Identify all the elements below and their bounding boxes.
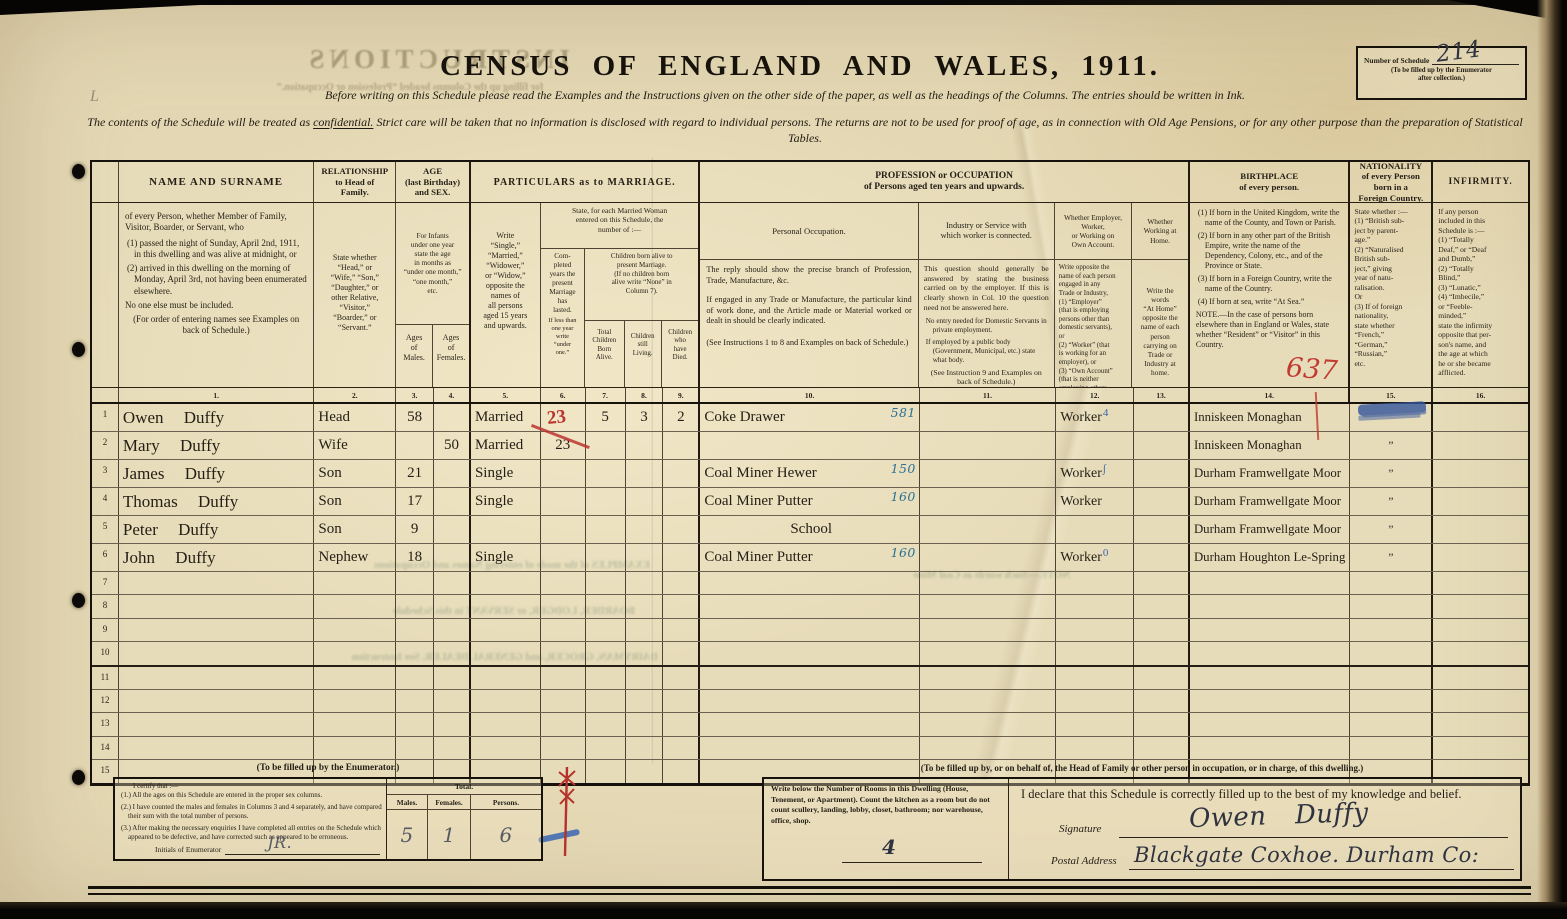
cell-marital-row12 [471, 690, 541, 712]
worker-text: Worker [1060, 466, 1102, 482]
instr-relationship: State whether “Head,” or “Wife,” “Son,” … [314, 203, 396, 387]
cell-rel-row3: Son [314, 460, 396, 487]
instr-ages-females: Ages of Females. [433, 325, 469, 387]
cell-worker-row10 [1056, 642, 1134, 664]
cell-born-row3 [586, 460, 626, 487]
initials-value: JR. [267, 833, 292, 854]
cell-birth-row2: Inniskeen Monaghan [1190, 432, 1351, 459]
instr-birth-i1: (1) If born in the United Kingdom, write… [1196, 208, 1343, 228]
cell-born-row13 [586, 713, 626, 735]
colnum-8: 8. [626, 388, 664, 402]
cell-inf-row14 [1433, 737, 1528, 759]
instr-employer-worker: Write opposite the name of each person e… [1055, 260, 1132, 387]
cell-occ-row8 [700, 595, 919, 617]
table-row-5: 5Peter DuffySon9SchoolDurham Framwellgat… [92, 516, 1528, 544]
cell-home-row8 [1134, 595, 1190, 617]
occupation-code: 581 [891, 405, 916, 420]
cell-marital-row5 [471, 516, 541, 543]
cell-birth-row5: Durham Framwellgate Moor [1190, 516, 1351, 543]
cell-name-row8 [119, 595, 314, 617]
occupation-code: 160 [891, 489, 916, 504]
red-tally-mark [552, 764, 582, 859]
totals-columns: Males. 5 Females. 1 Persons. 6 [387, 795, 541, 859]
colnum-5: 5. [471, 388, 541, 402]
postal-address-label: Postal Address [1051, 855, 1117, 867]
cell-worker-row6: Worker0 [1056, 544, 1134, 571]
table-row-13: 13 [92, 713, 1528, 736]
cell-occ-row11 [700, 667, 919, 689]
instr-occ-p1: The reply should show the precise branch… [706, 265, 911, 286]
schedule-number-note: (To be filled up by the Enumerator after… [1358, 67, 1525, 84]
cell-ageF-row3 [434, 460, 471, 487]
males-label: Males. [387, 795, 427, 810]
page-subtitle: Before writing on this Schedule please r… [130, 88, 1440, 103]
cell-industry-row14 [920, 737, 1057, 759]
cell-died-row13 [663, 713, 700, 735]
persons-value: 6 [471, 810, 541, 859]
cell-inf-row10 [1433, 642, 1528, 664]
cell-home-row10 [1134, 642, 1190, 664]
cell-name-row1: Owen Duffy [119, 404, 314, 431]
cell-years-row5 [541, 516, 586, 543]
cell-rel-row1: Head [314, 404, 396, 431]
cell-rel-row9 [314, 619, 396, 641]
instr-name: of every Person, whether Member of Famil… [119, 203, 314, 387]
cell-living-row14 [626, 737, 664, 759]
cell-name-row4: Thomas Duffy [119, 488, 314, 515]
hole-punch [72, 770, 85, 785]
instr-birth-i3: (3) If born in a Foreign Country, write … [1196, 274, 1343, 294]
head-personal-occupation: Personal Occupation. [700, 203, 918, 259]
header-profession: PROFESSION or OCCUPATION of Persons aged… [700, 162, 1190, 202]
cell-birth-row4: Durham Framwellgate Moor [1190, 488, 1351, 515]
paper-edge [0, 902, 1567, 919]
cell-n-row3: 3 [92, 460, 119, 487]
cell-ageM-row4: 17 [396, 488, 434, 515]
cell-ageM-row7 [396, 572, 434, 594]
cell-ageM-row5: 9 [396, 516, 434, 543]
instr-children-sub: Total Children Born Alive. Children stil… [585, 321, 698, 387]
cell-occ-row9 [700, 619, 919, 641]
cell-years-row8 [541, 595, 586, 617]
cell-nat-row11 [1350, 667, 1433, 689]
cell-nat-row2: ” [1350, 432, 1433, 459]
initials-line: JR. [225, 840, 380, 855]
colnum-10: 10. [700, 388, 919, 402]
colnum-3: 3. [396, 388, 434, 402]
cell-worker-row13 [1056, 713, 1134, 735]
table-row-10: 10 [92, 642, 1528, 666]
cell-nat-row3: ” [1350, 460, 1433, 487]
colnum-11: 11. [920, 388, 1057, 402]
cell-born-row4 [586, 488, 626, 515]
cell-industry-row3 [920, 460, 1057, 487]
persons-label: Persons. [471, 795, 541, 810]
instr-name-p5: (For order of entering names see Example… [125, 314, 307, 337]
totals-males: Males. 5 [387, 795, 428, 859]
cell-home-row1 [1134, 404, 1190, 431]
cell-worker-row1: Worker4 [1056, 404, 1134, 431]
cell-ageM-row2 [396, 432, 434, 459]
cell-occ-row6: Coal Miner Putter160 [700, 544, 919, 571]
instr-completed-years: Com- pleted years the present Marriage h… [541, 249, 585, 387]
cell-living-row7 [626, 572, 664, 594]
worker-superscript: ∫ [1103, 463, 1106, 475]
cell-living-row6 [626, 544, 664, 571]
cell-years-row6 [541, 544, 586, 571]
cell-rel-row8 [314, 595, 396, 617]
instr-marital: Write “Single,” “Married,” “Widower,” or… [471, 203, 541, 387]
instr-children-top: Children born alive to present Marriage.… [585, 249, 698, 321]
signature-value: Owen Duffy [1189, 798, 1369, 834]
cell-years-row14 [541, 737, 586, 759]
totals-females: Females. 1 [428, 795, 471, 859]
cell-ageM-row1: 58 [396, 404, 434, 431]
cell-home-row4 [1134, 488, 1190, 515]
cell-died-row5 [663, 516, 700, 543]
cell-ageF-row1 [434, 404, 471, 431]
cell-occ-row7 [700, 572, 919, 594]
cell-living-row3 [626, 460, 664, 487]
cell-name-row12 [119, 690, 314, 712]
cell-home-row14 [1134, 737, 1190, 759]
cell-died-row10 [663, 642, 700, 664]
cell-home-row12 [1134, 690, 1190, 712]
instr-nationality: State whether :— (1) “British sub- ject … [1350, 203, 1433, 387]
cell-industry-row8 [920, 595, 1057, 617]
cell-n-row13: 13 [92, 713, 119, 735]
cell-nat-row12 [1350, 690, 1433, 712]
cell-worker-row4: Worker [1056, 488, 1134, 515]
cell-died-row11 [663, 667, 700, 689]
cell-rel-row11 [314, 667, 396, 689]
cell-birth-row13 [1190, 713, 1351, 735]
instr-children-living: Children still Living. [625, 321, 662, 387]
cell-inf-row1 [1433, 404, 1528, 431]
cell-occ-row14 [700, 737, 919, 759]
census-table: NAME AND SURNAME RELATIONSHIP to Head of… [90, 160, 1530, 786]
colnum-16: 16. [1433, 388, 1528, 402]
instr-infirmity: If any person included in this Schedule … [1433, 203, 1528, 387]
cell-living-row15 [626, 760, 664, 782]
instr-name-p2: (1) passed the night of Sunday, April 2n… [125, 238, 307, 261]
cell-inf-row5 [1433, 516, 1528, 543]
cell-died-row2 [663, 432, 700, 459]
table-row-14: 14 [92, 737, 1528, 760]
worker-text: Worker [1060, 550, 1102, 566]
cell-occ-row4: Coal Miner Putter160 [700, 488, 919, 515]
table-row-3: 3James DuffySon21SingleCoal Miner Hewer1… [92, 460, 1528, 488]
postal-address-line [1129, 869, 1514, 870]
cell-ageM-row9 [396, 619, 434, 641]
cell-home-row3 [1134, 460, 1190, 487]
cell-marital-row7 [471, 572, 541, 594]
cell-inf-row7 [1433, 572, 1528, 594]
cell-inf-row11 [1433, 667, 1528, 689]
cell-living-row9 [626, 619, 664, 641]
colnum-7: 7. [586, 388, 626, 402]
cell-home-row2 [1134, 432, 1190, 459]
cell-ageM-row3: 21 [396, 460, 434, 487]
instr-profession: Personal Occupation. Industry or Service… [700, 203, 1190, 387]
years-married-red: 23 [546, 406, 567, 430]
instr-ind-p1: This question should generally be answer… [924, 264, 1049, 313]
certify-item-2: (2.) I have counted the males and female… [119, 803, 382, 821]
cell-nat-row4: ” [1350, 488, 1433, 515]
signature-line [1119, 837, 1508, 838]
cell-rel-row2: Wife [314, 432, 396, 459]
occupation-text: Coal Miner Hewer [704, 465, 816, 482]
cell-born-row9 [586, 619, 626, 641]
cell-years-row7 [541, 572, 586, 594]
cell-industry-row6 [920, 544, 1057, 571]
header-relationship: RELATIONSHIP to Head of Family. [314, 162, 396, 202]
cell-rel-row7 [314, 572, 396, 594]
table-row-11: 11 [92, 667, 1528, 690]
cell-born-row2 [586, 432, 626, 459]
instr-birth-i2: (2) If born in any other part of the Bri… [1196, 231, 1343, 271]
cell-ageF-row8 [434, 595, 471, 617]
worker-text: Worker [1060, 494, 1102, 510]
header-infirmity: INFIRMITY. [1433, 162, 1528, 202]
cell-ageF-row12 [434, 690, 471, 712]
cell-died-row7 [663, 572, 700, 594]
instr-age-infants: For Infants under one year state the age… [396, 203, 469, 325]
cell-marital-row10 [471, 642, 541, 664]
cell-worker-row11 [1056, 667, 1134, 689]
cell-marital-row8 [471, 595, 541, 617]
worker-superscript: 4 [1103, 407, 1109, 419]
cell-birth-row1: Inniskeen Monaghan [1190, 404, 1351, 431]
occupation-text: Coke Drawer [704, 409, 784, 426]
confidential-word: confidential. [313, 115, 373, 129]
occupation-text: Coal Miner Putter [704, 549, 812, 566]
schedule-number-label: Number of Schedule [1364, 56, 1429, 65]
cell-died-row15 [663, 760, 700, 782]
cell-inf-row12 [1433, 690, 1528, 712]
cell-inf-row2 [1433, 432, 1528, 459]
header-name: NAME AND SURNAME [119, 162, 314, 202]
cell-inf-row4 [1433, 488, 1528, 515]
cell-died-row9 [663, 619, 700, 641]
instr-name-p1: of every Person, whether Member of Famil… [125, 211, 307, 234]
table-row-12: 12 [92, 690, 1528, 713]
instr-occ-p3: (See Instructions 1 to 8 and Examples on… [706, 338, 911, 349]
paper-edge [1537, 0, 1567, 919]
cell-marital-row11 [471, 667, 541, 689]
instr-birth-note: NOTE.—In the case of persons born elsewh… [1196, 310, 1343, 350]
cell-nat-row7 [1350, 572, 1433, 594]
pencil-mark: L [90, 88, 99, 106]
header-age: AGE (last Birthday) and SEX. [396, 162, 471, 202]
cell-living-row10 [626, 642, 664, 664]
cell-born-row6 [586, 544, 626, 571]
cell-inf-row3 [1433, 460, 1528, 487]
cell-industry-row4 [920, 488, 1057, 515]
cell-born-row14 [586, 737, 626, 759]
colnum-spacer [92, 388, 119, 402]
cell-occ-row3: Coal Miner Hewer150 [700, 460, 919, 487]
cell-ageM-row6: 18 [396, 544, 434, 571]
census-schedule-page: INSTRUCTIONS for filling up the Columns … [0, 0, 1567, 919]
cell-born-row10 [586, 642, 626, 664]
cell-years-row3 [541, 460, 586, 487]
cell-worker-row14 [1056, 737, 1134, 759]
schedule-number-box: Number of Schedule 214 (To be filled up … [1356, 46, 1527, 100]
instr-ind-p3: If employed by a public body (Government… [924, 338, 1049, 365]
cell-living-row12 [626, 690, 664, 712]
schedule-number-value: 214 [1435, 36, 1483, 67]
cell-rel-row14 [314, 737, 396, 759]
instr-personal-occupation: The reply should show the precise branch… [700, 260, 918, 387]
cell-n-row8: 8 [92, 595, 119, 617]
table-row-9: 9 [92, 619, 1528, 642]
cell-years-row13 [541, 713, 586, 735]
colnum-13: 13. [1134, 388, 1190, 402]
cell-worker-row5 [1056, 516, 1134, 543]
occupation-code: 160 [891, 545, 916, 560]
colnum-6: 6. [541, 388, 586, 402]
page-title: CENSUS OF ENGLAND AND WALES, 1911. [30, 50, 1567, 83]
cell-home-row13 [1134, 713, 1190, 735]
instr-birth-i4: (4) If born at sea, write “At Sea.” [1196, 297, 1343, 307]
certify-item-1: (1.) All the ages on this Schedule are e… [119, 791, 382, 800]
cell-rel-row12 [314, 690, 396, 712]
instr-age: For Infants under one year state the age… [396, 203, 471, 387]
cell-ageF-row5 [434, 516, 471, 543]
cell-worker-row8 [1056, 595, 1134, 617]
cell-nat-row14 [1350, 737, 1433, 759]
cell-industry-row12 [920, 690, 1057, 712]
worker-superscript: 0 [1103, 547, 1109, 559]
head-working-at-home: Whether Working at Home. [1132, 203, 1188, 259]
cell-died-row14 [663, 737, 700, 759]
occupation-text: Coal Miner Putter [704, 493, 812, 510]
instr-completed-years-small: If less than one year write “under one.” [543, 317, 582, 357]
table-header-titles: NAME AND SURNAME RELATIONSHIP to Head of… [92, 162, 1528, 203]
cell-n-row14: 14 [92, 737, 119, 759]
rooms-note: Write below the Number of Rooms in this … [771, 784, 1001, 826]
cell-name-row5: Peter Duffy [119, 516, 314, 543]
cell-name-row2: Mary Duffy [119, 432, 314, 459]
header-birthplace: BIRTHPLACE of every person. [1190, 162, 1351, 202]
colnum-14: 14. [1190, 388, 1351, 402]
instr-industry: This question should generally be answer… [919, 260, 1055, 387]
instr-name-p4: No one else must be included. [125, 300, 307, 311]
confidential-note-post: Strict care will be taken that no inform… [373, 115, 1522, 145]
cell-living-row11 [626, 667, 664, 689]
cell-living-row4 [626, 488, 664, 515]
cell-occ-row12 [700, 690, 919, 712]
colnum-4: 4. [434, 388, 471, 402]
cell-ageM-row14 [396, 737, 434, 759]
rooms-value: 4 [882, 834, 896, 861]
header-rownum-spacer [92, 162, 119, 202]
instr-name-p3: (2) arrived in this dwelling on the morn… [125, 263, 307, 297]
cell-home-row5 [1134, 516, 1190, 543]
cell-ageF-row14 [434, 737, 471, 759]
instr-children: Children born alive to present Marriage.… [585, 249, 698, 387]
cell-rel-row5: Son [314, 516, 396, 543]
declaration-body: I declare that this Schedule is correctl… [1009, 779, 1520, 879]
cell-born-row12 [586, 690, 626, 712]
cell-industry-row10 [920, 642, 1057, 664]
totals-table: Total. Males. 5 Females. 1 Persons. 6 [387, 779, 541, 859]
cell-worker-row9 [1056, 619, 1134, 641]
worker-text: Worker [1060, 410, 1102, 426]
instr-married-woman: State, for each Married Woman entered on… [541, 203, 699, 249]
cell-n-row4: 4 [92, 488, 119, 515]
cell-rel-row10 [314, 642, 396, 664]
cell-nat-row6: ” [1350, 544, 1433, 571]
cell-marital-row13 [471, 713, 541, 735]
cell-birth-row11 [1190, 667, 1351, 689]
cell-ageF-row2: 50 [434, 432, 471, 459]
cell-ageM-row13 [396, 713, 434, 735]
declaration-box: Write below the Number of Rooms in this … [762, 777, 1522, 881]
cell-nat-row8 [1350, 595, 1433, 617]
females-value: 1 [428, 810, 470, 859]
cell-died-row6 [663, 544, 700, 571]
cell-name-row6: John Duffy [119, 544, 314, 571]
instr-profession-heads: Personal Occupation. Industry or Service… [700, 203, 1188, 260]
header-marriage: PARTICULARS as to MARRIAGE. [471, 162, 700, 202]
table-row-7: 7 [92, 572, 1528, 595]
head-employer-worker: Whether Employer, Worker, or Working on … [1055, 203, 1132, 259]
cell-marital-row6: Single [471, 544, 541, 571]
instr-profession-bodies: The reply should show the precise branch… [700, 260, 1188, 387]
cell-industry-row7 [920, 572, 1057, 594]
cell-nat-row9 [1350, 619, 1433, 641]
cell-n-row10: 10 [92, 642, 119, 664]
cell-birth-row12 [1190, 690, 1351, 712]
instr-marriage-детail: State, for each Married Woman entered on… [541, 203, 701, 387]
certify-lead: I certify that :— [119, 782, 382, 791]
cell-occ-row5: School [700, 516, 919, 543]
cell-industry-row5 [920, 516, 1057, 543]
initials-row: Initials of Enumerator JR. [155, 840, 380, 855]
cell-name-row13 [119, 713, 314, 735]
cell-years-row10 [541, 642, 586, 664]
totals-header: Total. [387, 779, 541, 795]
cell-birth-row14 [1190, 737, 1351, 759]
cell-years-row12 [541, 690, 586, 712]
cell-living-row13 [626, 713, 664, 735]
cell-home-row11 [1134, 667, 1190, 689]
table-row-6: 6John DuffyNephew18SingleCoal Miner Putt… [92, 544, 1528, 572]
cell-home-row9 [1134, 619, 1190, 641]
cell-name-row7 [119, 572, 314, 594]
cell-rel-row6: Nephew [314, 544, 396, 571]
cell-ageF-row11 [434, 667, 471, 689]
cell-inf-row13 [1433, 713, 1528, 735]
colnum-2: 2. [314, 388, 396, 402]
signature-label: Signature [1059, 823, 1101, 835]
instr-age-sexes: Ages of Males. Ages of Females. [396, 325, 469, 387]
cell-name-row10 [119, 642, 314, 664]
cell-born-row8 [586, 595, 626, 617]
enumerator-box: I certify that :— (1.) All the ages on t… [113, 777, 543, 861]
cell-died-row8 [663, 595, 700, 617]
cell-died-row3 [663, 460, 700, 487]
instr-ind-p2: No entry needed for Domestic Servants in… [924, 317, 1049, 335]
cell-industry-row11 [920, 667, 1057, 689]
initials-label: Initials of Enumerator [155, 845, 221, 855]
cell-inf-row9 [1433, 619, 1528, 641]
table-row-1: 1Owen DuffyHead58Married23532Coke Drawer… [92, 404, 1528, 432]
cell-birth-row8 [1190, 595, 1351, 617]
cell-years-row1: 23 [541, 404, 586, 431]
